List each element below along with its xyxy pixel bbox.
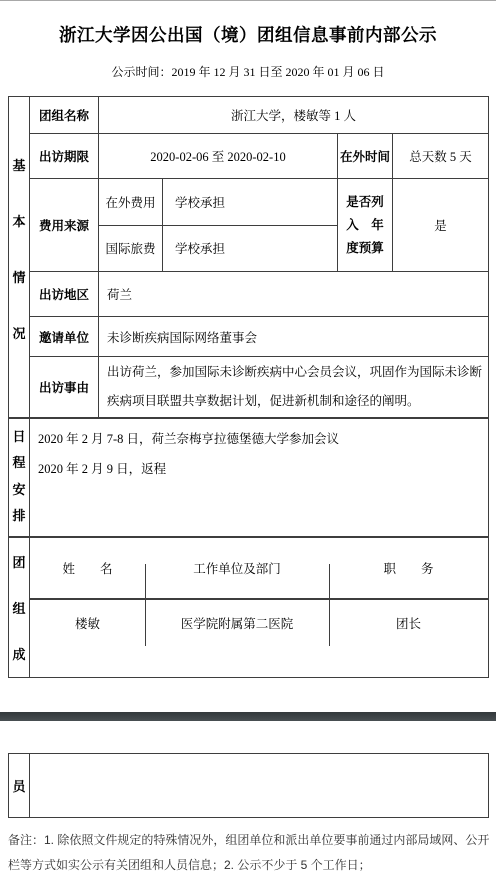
destination-value: 荷兰 (99, 272, 488, 316)
side-char: 团 (12, 552, 25, 571)
side-char: 组 (12, 598, 25, 617)
side-char: 情 (12, 267, 25, 286)
section-itinerary: 日 程 安 排 2020 年 2 月 7-8 日，荷兰奈梅亨拉德堡德大学参加会议… (9, 417, 488, 536)
funding-travel-value: 学校承担 (162, 226, 337, 272)
page-top-divider (0, 0, 496, 1)
members-column-divider (329, 564, 330, 646)
group-name-value: 浙江大学，楼敏等 1 人 (99, 97, 488, 133)
side-char: 程 (12, 452, 25, 471)
time-abroad-label: 在外时间 (337, 134, 392, 178)
budget-label-line: 是否列 (346, 191, 384, 214)
row-destination: 出访地区 荷兰 (30, 271, 488, 316)
member-row: 楼敏 医学院附属第二医院 团长 (30, 600, 488, 645)
row-funding: 费用来源 在外费用 学校承担 国际旅费 学校承担 是否列 入 年 度预算 (30, 178, 488, 271)
funding-abroad-value: 学校承担 (162, 179, 337, 225)
side-char: 况 (12, 323, 25, 342)
row-inviter: 邀请单位 未诊断疾病国际网络董事会 (30, 316, 488, 356)
funding-label: 费用来源 (30, 179, 99, 271)
budget-included-value: 是 (392, 179, 488, 271)
section-basic-info: 基 本 情 况 团组名称 浙江大学，楼敏等 1 人 出访期限 2020-02-0… (9, 97, 488, 417)
members-continuation-table: 员 (8, 753, 489, 818)
budget-included-label: 是否列 入 年 度预算 (337, 179, 392, 271)
visit-period-label: 出访期限 (30, 134, 99, 178)
itinerary-line: 2020 年 2 月 9 日，返程 (38, 454, 480, 484)
destination-label: 出访地区 (30, 272, 99, 316)
funding-row-abroad: 在外费用 学校承担 (99, 179, 337, 225)
member-duty: 团长 (329, 600, 488, 645)
member-name: 楼敏 (30, 600, 145, 645)
inviter-value: 未诊断疾病国际网络董事会 (99, 317, 488, 356)
itinerary-content: 2020 年 2 月 7-8 日，荷兰奈梅亨拉德堡德大学参加会议 2020 年 … (30, 419, 488, 536)
members-grid: 姓 名 工作单位及部门 职 务 楼敏 医学院附属第二医院 团长 (30, 538, 488, 677)
footnote: 备注：1. 除依照文件规定的特殊情况外，组团单位和派出单位要事前通过内部局域网、… (8, 828, 492, 878)
row-visit-period: 出访期限 2020-02-06 至 2020-02-10 在外时间 总天数 5 … (30, 133, 488, 178)
funding-row-travel: 国际旅费 学校承担 (99, 225, 337, 272)
side-char: 基 (12, 155, 25, 174)
inviter-label: 邀请单位 (30, 317, 99, 356)
funding-travel-label: 国际旅费 (99, 226, 162, 272)
purpose-label: 出访事由 (30, 357, 99, 417)
row-purpose: 出访事由 出访荷兰，参加国际未诊断疾病中心会员会议，巩固作为国际未诊断疾病项目联… (30, 356, 488, 417)
side-char: 日 (12, 426, 25, 445)
side-char: 本 (12, 211, 25, 230)
group-name-label: 团组名称 (30, 97, 99, 133)
members-col-duty: 职 务 (329, 538, 488, 598)
member-unit: 医学院附属第二医院 (145, 600, 329, 645)
publicity-period: 公示时间：2019 年 12 月 31 日至 2020 年 01 月 06 日 (0, 63, 496, 80)
members-col-name: 姓 名 (30, 538, 145, 598)
members-col-unit: 工作单位及部门 (145, 538, 329, 598)
budget-label-line: 度预算 (346, 237, 384, 260)
section-members: 团 组 成 姓 名 工作单位及部门 职 务 楼敏 医学院附属第二医院 团长 (9, 536, 488, 677)
side-char: 员 (12, 776, 25, 795)
side-char: 安 (12, 479, 25, 498)
announcement-table: 基 本 情 况 团组名称 浙江大学，楼敏等 1 人 出访期限 2020-02-0… (8, 96, 489, 678)
members-column-divider (145, 564, 146, 646)
section-basic-side-label: 基 本 情 况 (9, 97, 30, 417)
visit-period-value: 2020-02-06 至 2020-02-10 (99, 134, 337, 178)
row-group-name: 团组名称 浙江大学，楼敏等 1 人 (30, 97, 488, 133)
section-members-cont-side-label: 员 (9, 754, 30, 817)
members-header-row: 姓 名 工作单位及部门 职 务 (30, 538, 488, 600)
side-char: 成 (12, 644, 25, 663)
page-title: 浙江大学因公出国（境）团组信息事前内部公示 (0, 22, 496, 47)
members-cont-empty-cell (30, 754, 488, 817)
purpose-value: 出访荷兰，参加国际未诊断疾病中心会员会议，巩固作为国际未诊断疾病项目联盟共享数据… (99, 357, 488, 417)
side-char: 排 (12, 505, 25, 524)
budget-label-line: 入 年 (346, 214, 384, 237)
funding-subtable: 在外费用 学校承担 国际旅费 学校承担 (99, 179, 337, 271)
page-separator-bar (0, 712, 496, 721)
itinerary-line: 2020 年 2 月 7-8 日，荷兰奈梅亨拉德堡德大学参加会议 (38, 424, 480, 454)
section-itinerary-side-label: 日 程 安 排 (9, 419, 30, 536)
section-members-side-label: 团 组 成 (9, 538, 30, 677)
section-basic-main: 团组名称 浙江大学，楼敏等 1 人 出访期限 2020-02-06 至 2020… (30, 97, 488, 417)
funding-abroad-label: 在外费用 (99, 179, 162, 225)
time-abroad-value: 总天数 5 天 (392, 134, 488, 178)
